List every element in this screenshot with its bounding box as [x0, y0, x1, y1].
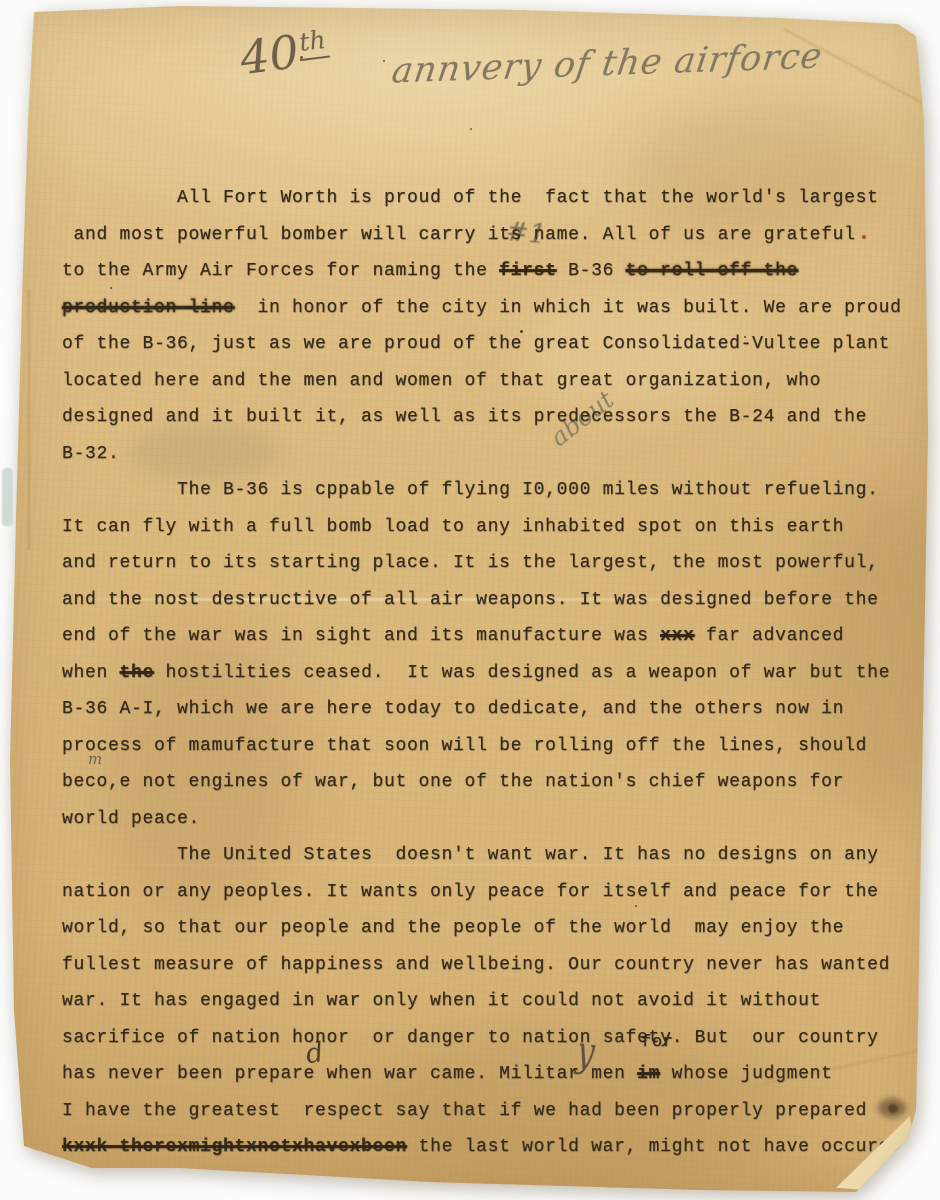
typed-line: war. It has engaged in war only when it … [62, 983, 930, 1020]
handwritten-number-suffix: th [296, 25, 330, 61]
typed-line: nation or any peoples. It wants only pea… [62, 874, 930, 911]
scan-background: 40th annvery of the airforce #1 about m … [0, 0, 940, 1200]
paper-speck [470, 128, 472, 130]
typed-line: end of the war was in sight and its manu… [62, 618, 930, 655]
typed-line: world, so that our people and the people… [62, 910, 930, 947]
typed-line: and the nost destructive of all air weap… [62, 582, 930, 619]
typed-line: The B-36 is cppable of flying I0,000 mil… [62, 472, 930, 509]
typed-line: It can fly with a full bomb load to any … [62, 509, 930, 546]
typed-line: to the Army Air Forces for naming the fi… [62, 253, 930, 290]
typed-line: production line in honor of the city in … [62, 290, 930, 327]
typed-line: The United States doesn't want war. It h… [62, 837, 930, 874]
document-page: 40th annvery of the airforce #1 about m … [0, 0, 940, 1200]
typed-line: designed and it built it, as well as its… [62, 399, 930, 436]
handwritten-title-annotation: annvery of the airforce [389, 36, 825, 91]
typed-line: beco,e not engines of war, but one of th… [62, 764, 930, 801]
tape-fragment [2, 468, 13, 526]
typed-line: of the B-36, just as we are proud of the… [62, 326, 930, 363]
typed-text: All Fort Worth is proud of the fact that… [62, 180, 930, 1166]
typed-line: has never been prepare when war came. Mi… [62, 1056, 930, 1093]
paper-crease [28, 290, 30, 550]
typed-line: I have the greatest respect say that if … [62, 1093, 930, 1130]
typed-line: and return to its starting place. It is … [62, 545, 930, 582]
typed-line: world peace. [62, 801, 930, 838]
handwritten-40th-annotation: 40th [237, 21, 332, 85]
typed-line: fullest measure of happiness and wellbei… [62, 947, 930, 984]
typed-line: kxxk therexmightxnotxhavexbeen the last … [62, 1129, 930, 1166]
typed-line: located here and the men and women of th… [62, 363, 930, 400]
handwritten-number: 40 [237, 24, 302, 85]
typed-line: when the hostilities ceased. It was desi… [62, 655, 930, 692]
typed-line: sacrifice of nation honor or danger to n… [62, 1020, 930, 1057]
typed-line: and most powerful bomber will carry its … [62, 217, 930, 254]
typed-line: B-32. [62, 436, 930, 473]
typed-line: B-36 A-I, which we are here today to ded… [62, 691, 930, 728]
paper-speck [383, 60, 385, 62]
typed-line: All Fort Worth is proud of the fact that… [62, 180, 930, 217]
typed-line: process of mamufacture that soon will be… [62, 728, 930, 765]
